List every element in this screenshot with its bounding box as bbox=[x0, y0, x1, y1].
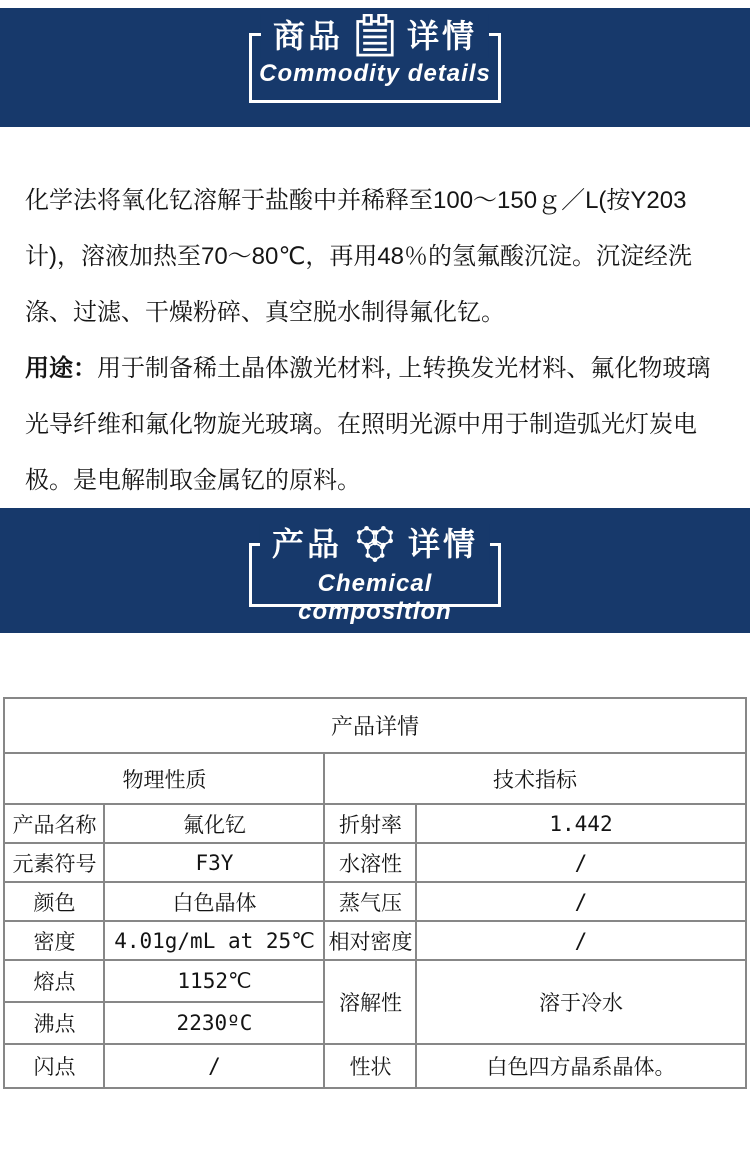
product-detail-page: 商品 详情 Commodity details 化学法将氧 bbox=[0, 0, 750, 1138]
row-value: / bbox=[416, 921, 745, 960]
row-label: 密度 bbox=[4, 921, 104, 960]
usage-label: 用途： bbox=[25, 355, 97, 382]
table-row: 熔点 1152℃ 溶解性 溶于冷水 bbox=[4, 960, 745, 1002]
row-label: 颜色 bbox=[4, 882, 104, 921]
row-value: F3Y bbox=[104, 843, 324, 882]
row-value: 1.442 bbox=[416, 804, 745, 843]
row-label: 闪点 bbox=[4, 1044, 104, 1088]
row-label: 蒸气压 bbox=[324, 882, 416, 921]
product-details-table: 产品详情 物理性质 技术指标 产品名称 氟化钇 折射率 1.442 元素符号 F… bbox=[3, 697, 746, 1089]
row-label: 产品名称 bbox=[4, 804, 104, 843]
chemical-composition-frame: 产品 详情 Chemical composition bbox=[249, 543, 501, 607]
row-value: 4.01g/mL at 25℃ bbox=[104, 921, 324, 960]
commodity-details-title: 商品 详情 bbox=[261, 14, 489, 58]
commodity-details-subtitle: Commodity details bbox=[252, 60, 498, 88]
banner1-title-left: 商品 bbox=[273, 16, 343, 56]
commodity-details-banner: 商品 详情 Commodity details bbox=[0, 8, 750, 127]
row-value: 溶于冷水 bbox=[416, 960, 745, 1044]
table-row: 产品名称 氟化钇 折射率 1.442 bbox=[4, 804, 745, 843]
banner2-title-right: 详情 bbox=[408, 524, 478, 564]
row-value: 白色晶体 bbox=[104, 882, 324, 921]
table-header-row: 物理性质 技术指标 bbox=[4, 753, 745, 804]
chemical-composition-title: 产品 详情 bbox=[260, 524, 490, 564]
row-label: 性状 bbox=[324, 1044, 416, 1088]
banner1-title-right: 详情 bbox=[407, 16, 477, 56]
molecule-icon bbox=[354, 524, 396, 564]
row-value: / bbox=[416, 843, 745, 882]
banner2-title-left: 产品 bbox=[272, 524, 342, 564]
table-title-row: 产品详情 bbox=[4, 698, 745, 753]
row-label: 折射率 bbox=[324, 804, 416, 843]
clipboard-icon bbox=[355, 14, 395, 58]
row-label: 元素符号 bbox=[4, 843, 104, 882]
row-label: 熔点 bbox=[4, 960, 104, 1002]
row-value: 白色四方晶系晶体。 bbox=[416, 1044, 745, 1088]
commodity-details-frame: 商品 详情 Commodity details bbox=[249, 33, 501, 103]
row-value: 1152℃ bbox=[104, 960, 324, 1002]
usage-paragraph: 用途：用于制备稀土晶体激光材料, 上转换发光材料、氟化物玻璃光导纤维和氟化物旋光… bbox=[25, 341, 730, 509]
table-row: 密度 4.01g/mL at 25℃ 相对密度 / bbox=[4, 921, 745, 960]
row-label: 水溶性 bbox=[324, 843, 416, 882]
chemical-composition-subtitle: Chemical composition bbox=[252, 570, 498, 626]
row-value: / bbox=[416, 882, 745, 921]
usage-text: 用于制备稀土晶体激光材料, 上转换发光材料、氟化物玻璃光导纤维和氟化物旋光玻璃。… bbox=[25, 355, 710, 494]
table-row: 元素符号 F3Y 水溶性 / bbox=[4, 843, 745, 882]
physical-properties-header: 物理性质 bbox=[4, 753, 324, 804]
row-label: 沸点 bbox=[4, 1002, 104, 1044]
chemical-composition-banner: 产品 详情 Chemical composition bbox=[0, 508, 750, 633]
row-value: / bbox=[104, 1044, 324, 1088]
table-row: 颜色 白色晶体 蒸气压 / bbox=[4, 882, 745, 921]
row-label: 相对密度 bbox=[324, 921, 416, 960]
process-paragraph: 化学法将氧化钇溶解于盐酸中并稀释至100～150ｇ／L(按Y203计)，溶液加热… bbox=[25, 173, 730, 341]
table-row: 闪点 / 性状 白色四方晶系晶体。 bbox=[4, 1044, 745, 1088]
row-value: 2230ºC bbox=[104, 1002, 324, 1044]
product-description: 化学法将氧化钇溶解于盐酸中并稀释至100～150ｇ／L(按Y203计)，溶液加热… bbox=[0, 127, 750, 508]
process-text: 化学法将氧化钇溶解于盐酸中并稀释至100～150ｇ／L(按Y203计)，溶液加热… bbox=[25, 187, 692, 326]
row-value: 氟化钇 bbox=[104, 804, 324, 843]
table-title: 产品详情 bbox=[4, 698, 745, 753]
row-label: 溶解性 bbox=[324, 960, 416, 1044]
technical-specs-header: 技术指标 bbox=[324, 753, 745, 804]
